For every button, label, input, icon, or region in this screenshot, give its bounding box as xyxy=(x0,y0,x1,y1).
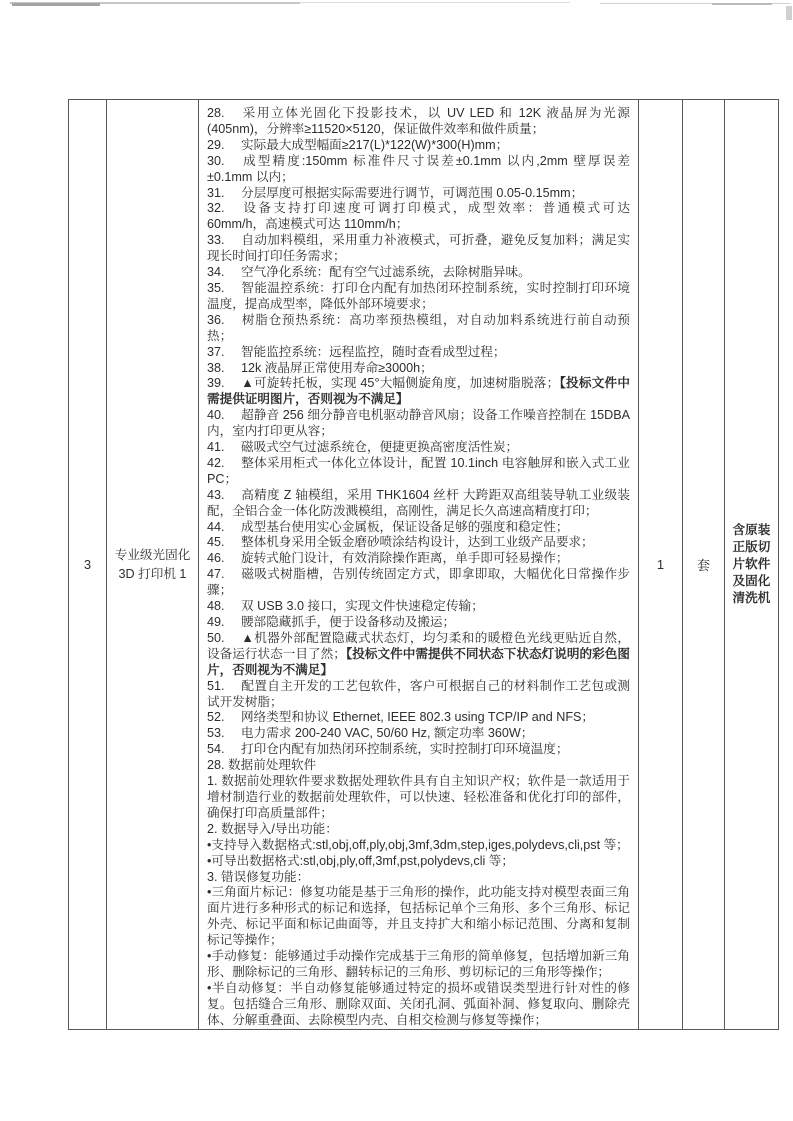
spec-item-number: 42. xyxy=(207,456,241,472)
spec-item-number: 46. xyxy=(207,551,241,567)
spec-item: 37.智能监控系统：远程监控，随时查看成型过程； xyxy=(207,345,630,361)
cell-item-unit: 套 xyxy=(682,100,724,1029)
spec-item-number: 44. xyxy=(207,520,241,536)
spec-item: 39.▲可旋转托板，实现 45°大幅侧旋角度，加速树脂脱落；【投标文件中需提供证… xyxy=(207,376,630,408)
spec-item: 33.自动加料模组，采用重力补液模式，可折叠，避免反复加料；满足实现长时间打印任… xyxy=(207,233,630,265)
spec-item: 44.成型基台使用实心金属板，保证设备足够的强度和稳定性； xyxy=(207,520,630,536)
spec-item: •三角面片标记：修复功能是基于三角形的操作，此功能支持对模型表面三角面片进行多种… xyxy=(207,885,630,949)
spec-item-number: 54. xyxy=(207,742,241,758)
spec-item: 3. 错误修复功能： xyxy=(207,870,630,886)
spec-item-number: 40. xyxy=(207,408,241,424)
spec-item-number: 38. xyxy=(207,361,241,377)
spec-item-number: 35. xyxy=(207,281,241,297)
spec-item-number: 30. xyxy=(207,154,241,170)
spec-item-number: 47. xyxy=(207,567,241,583)
spec-item-number: 39. xyxy=(207,376,241,392)
spec-item: •支持导入数据格式:stl,obj,off,ply,obj,3mf,3dm,st… xyxy=(207,838,630,854)
spec-item-number: 29. xyxy=(207,138,241,154)
spec-item: 35.智能温控系统：打印仓内配有加热闭环控制系统，实时控制打印环境温度，提高成型… xyxy=(207,281,630,313)
spec-item: 47.磁吸式树脂槽，告别传统固定方式，即拿即取，大幅优化日常操作步骤； xyxy=(207,567,630,599)
spec-item-number: 49. xyxy=(207,615,241,631)
spec-item: 38.12k 液晶屏正常使用寿命≥3000h； xyxy=(207,361,630,377)
item-note: 含原装正版切片软件及固化清洗机 xyxy=(733,522,771,607)
spec-item: 49.腰部隐藏抓手，便于设备移动及搬运； xyxy=(207,615,630,631)
spec-item-number: 53. xyxy=(207,726,241,742)
spec-table: 3 专业级光固化 3D 打印机 1 28.采用立体光固化下投影技术，以 UV L… xyxy=(68,99,779,1030)
scan-artifact-line xyxy=(12,3,100,6)
spec-item-number: 43. xyxy=(207,488,241,504)
cell-item-note: 含原装正版切片软件及固化清洗机 xyxy=(724,100,778,1029)
spec-item: 34.空气净化系统：配有空气过滤系统，去除树脂异味。 xyxy=(207,265,630,281)
spec-item: 52.网络类型和协议 Ethernet, IEEE 802.3 using TC… xyxy=(207,710,630,726)
spec-item: 53.电力需求 200-240 VAC, 50/60 Hz, 额定功率 360W… xyxy=(207,726,630,742)
spec-item-number: 45. xyxy=(207,535,241,551)
spec-item-number: 33. xyxy=(207,233,241,249)
spec-item-number: 34. xyxy=(207,265,241,281)
spec-item: 51.配置自主开发的工艺包软件，客户可根据自己的材料制作工艺包或测试开发树脂； xyxy=(207,679,630,711)
spec-item: 1. 数据前处理软件要求数据处理软件具有自主知识产权；软件是一款适用于增材制造行… xyxy=(207,774,630,822)
cell-item-index: 3 xyxy=(69,100,106,1029)
spec-item: 45.整体机身采用全钣金磨砂喷涂结构设计，达到工业级产品要求； xyxy=(207,535,630,551)
cell-item-quantity: 1 xyxy=(638,100,682,1029)
item-index: 3 xyxy=(84,557,91,572)
spec-item: 32.设备支持打印速度可调打印模式，成型效率：普通模式可达 60mm/h，高速模… xyxy=(207,201,630,233)
spec-item: 28.采用立体光固化下投影技术，以 UV LED 和 12K 液晶屏为光源(40… xyxy=(207,106,630,138)
scan-artifact-line xyxy=(712,3,772,5)
spec-item-number: 41. xyxy=(207,440,241,456)
item-quantity: 1 xyxy=(657,557,664,572)
spec-item: 41.磁吸式空气过滤系统仓，便捷更换高密度活性炭； xyxy=(207,440,630,456)
spec-item-number: 36. xyxy=(207,313,241,329)
spec-item-number: 51. xyxy=(207,679,241,695)
spec-item: 30.成型精度:150mm 标准件尺寸误差±0.1mm 以内,2mm 壁厚误差±… xyxy=(207,154,630,186)
spec-item: •手动修复：能够通过手动操作完成基于三角形的简单修复，包括增加新三角形、删除标记… xyxy=(207,949,630,981)
spec-item-number: 31. xyxy=(207,186,241,202)
scan-artifact-mark xyxy=(786,6,792,20)
scan-artifact-line xyxy=(300,2,570,3)
spec-item-number: 48. xyxy=(207,599,241,615)
spec-item: •半自动修复：半自动修复能够通过特定的损坏或错误类型进行针对性的修复。包括缝合三… xyxy=(207,981,630,1029)
spec-item: 50.▲机器外部配置隐藏式状态灯，均匀柔和的暖橙色光线更贴近自然，设备运行状态一… xyxy=(207,631,630,679)
spec-item: 36.树脂仓预热系统：高功率预热模组，对自动加料系统进行前自动预热； xyxy=(207,313,630,345)
spec-item-number: 32. xyxy=(207,201,241,217)
spec-item-number: 37. xyxy=(207,345,241,361)
spec-list: 28.采用立体光固化下投影技术，以 UV LED 和 12K 液晶屏为光源(40… xyxy=(199,100,638,1029)
spec-item: 42.整体采用柜式一体化立体设计，配置 10.1inch 电容触屏和嵌入式工业 … xyxy=(207,456,630,488)
spec-item: 2. 数据导入/导出功能： xyxy=(207,822,630,838)
spec-item: 43.高精度 Z 轴模组，采用 THK1604 丝杆 大跨距双高组装导轨工业级装… xyxy=(207,488,630,520)
spec-item: 40.超静音 256 细分静音电机驱动静音风扇；设备工作噪音控制在 15DBA … xyxy=(207,408,630,440)
spec-item: 31.分层厚度可根据实际需要进行调节，可调范围 0.05-0.15mm； xyxy=(207,186,630,202)
spec-item: 48.双 USB 3.0 接口，实现文件快速稳定传输； xyxy=(207,599,630,615)
cell-item-name: 专业级光固化 3D 打印机 1 xyxy=(106,100,198,1029)
spec-item: 46.旋转式舱门设计，有效消除操作距离，单手即可轻易操作； xyxy=(207,551,630,567)
spec-item-bold-requirement: 【投标文件中需提供证明图片，否则视为不满足】 xyxy=(207,376,630,406)
spec-item-number: 50. xyxy=(207,631,241,647)
spec-item-bold-requirement: 【投标文件中需提供不同状态下状态灯说明的彩色图片，否则视为不满足】 xyxy=(207,647,630,677)
item-name: 专业级光固化 3D 打印机 1 xyxy=(113,546,193,584)
spec-item: 54.打印仓内配有加热闭环控制系统，实时控制打印环境温度； xyxy=(207,742,630,758)
spec-item: 28. 数据前处理软件 xyxy=(207,758,630,774)
scanned-document-page: 3 专业级光固化 3D 打印机 1 28.采用立体光固化下投影技术，以 UV L… xyxy=(0,0,793,1121)
item-unit: 套 xyxy=(697,555,710,574)
spec-item-number: 28. xyxy=(207,106,241,122)
spec-item: 29.实际最大成型幅面≥217(L)*122(W)*300(H)mm； xyxy=(207,138,630,154)
cell-item-specs: 28.采用立体光固化下投影技术，以 UV LED 和 12K 液晶屏为光源(40… xyxy=(198,100,638,1029)
spec-item-number: 52. xyxy=(207,710,241,726)
spec-item: •可导出数据格式:stl,obj,ply,off,3mf,pst,polydev… xyxy=(207,854,630,870)
